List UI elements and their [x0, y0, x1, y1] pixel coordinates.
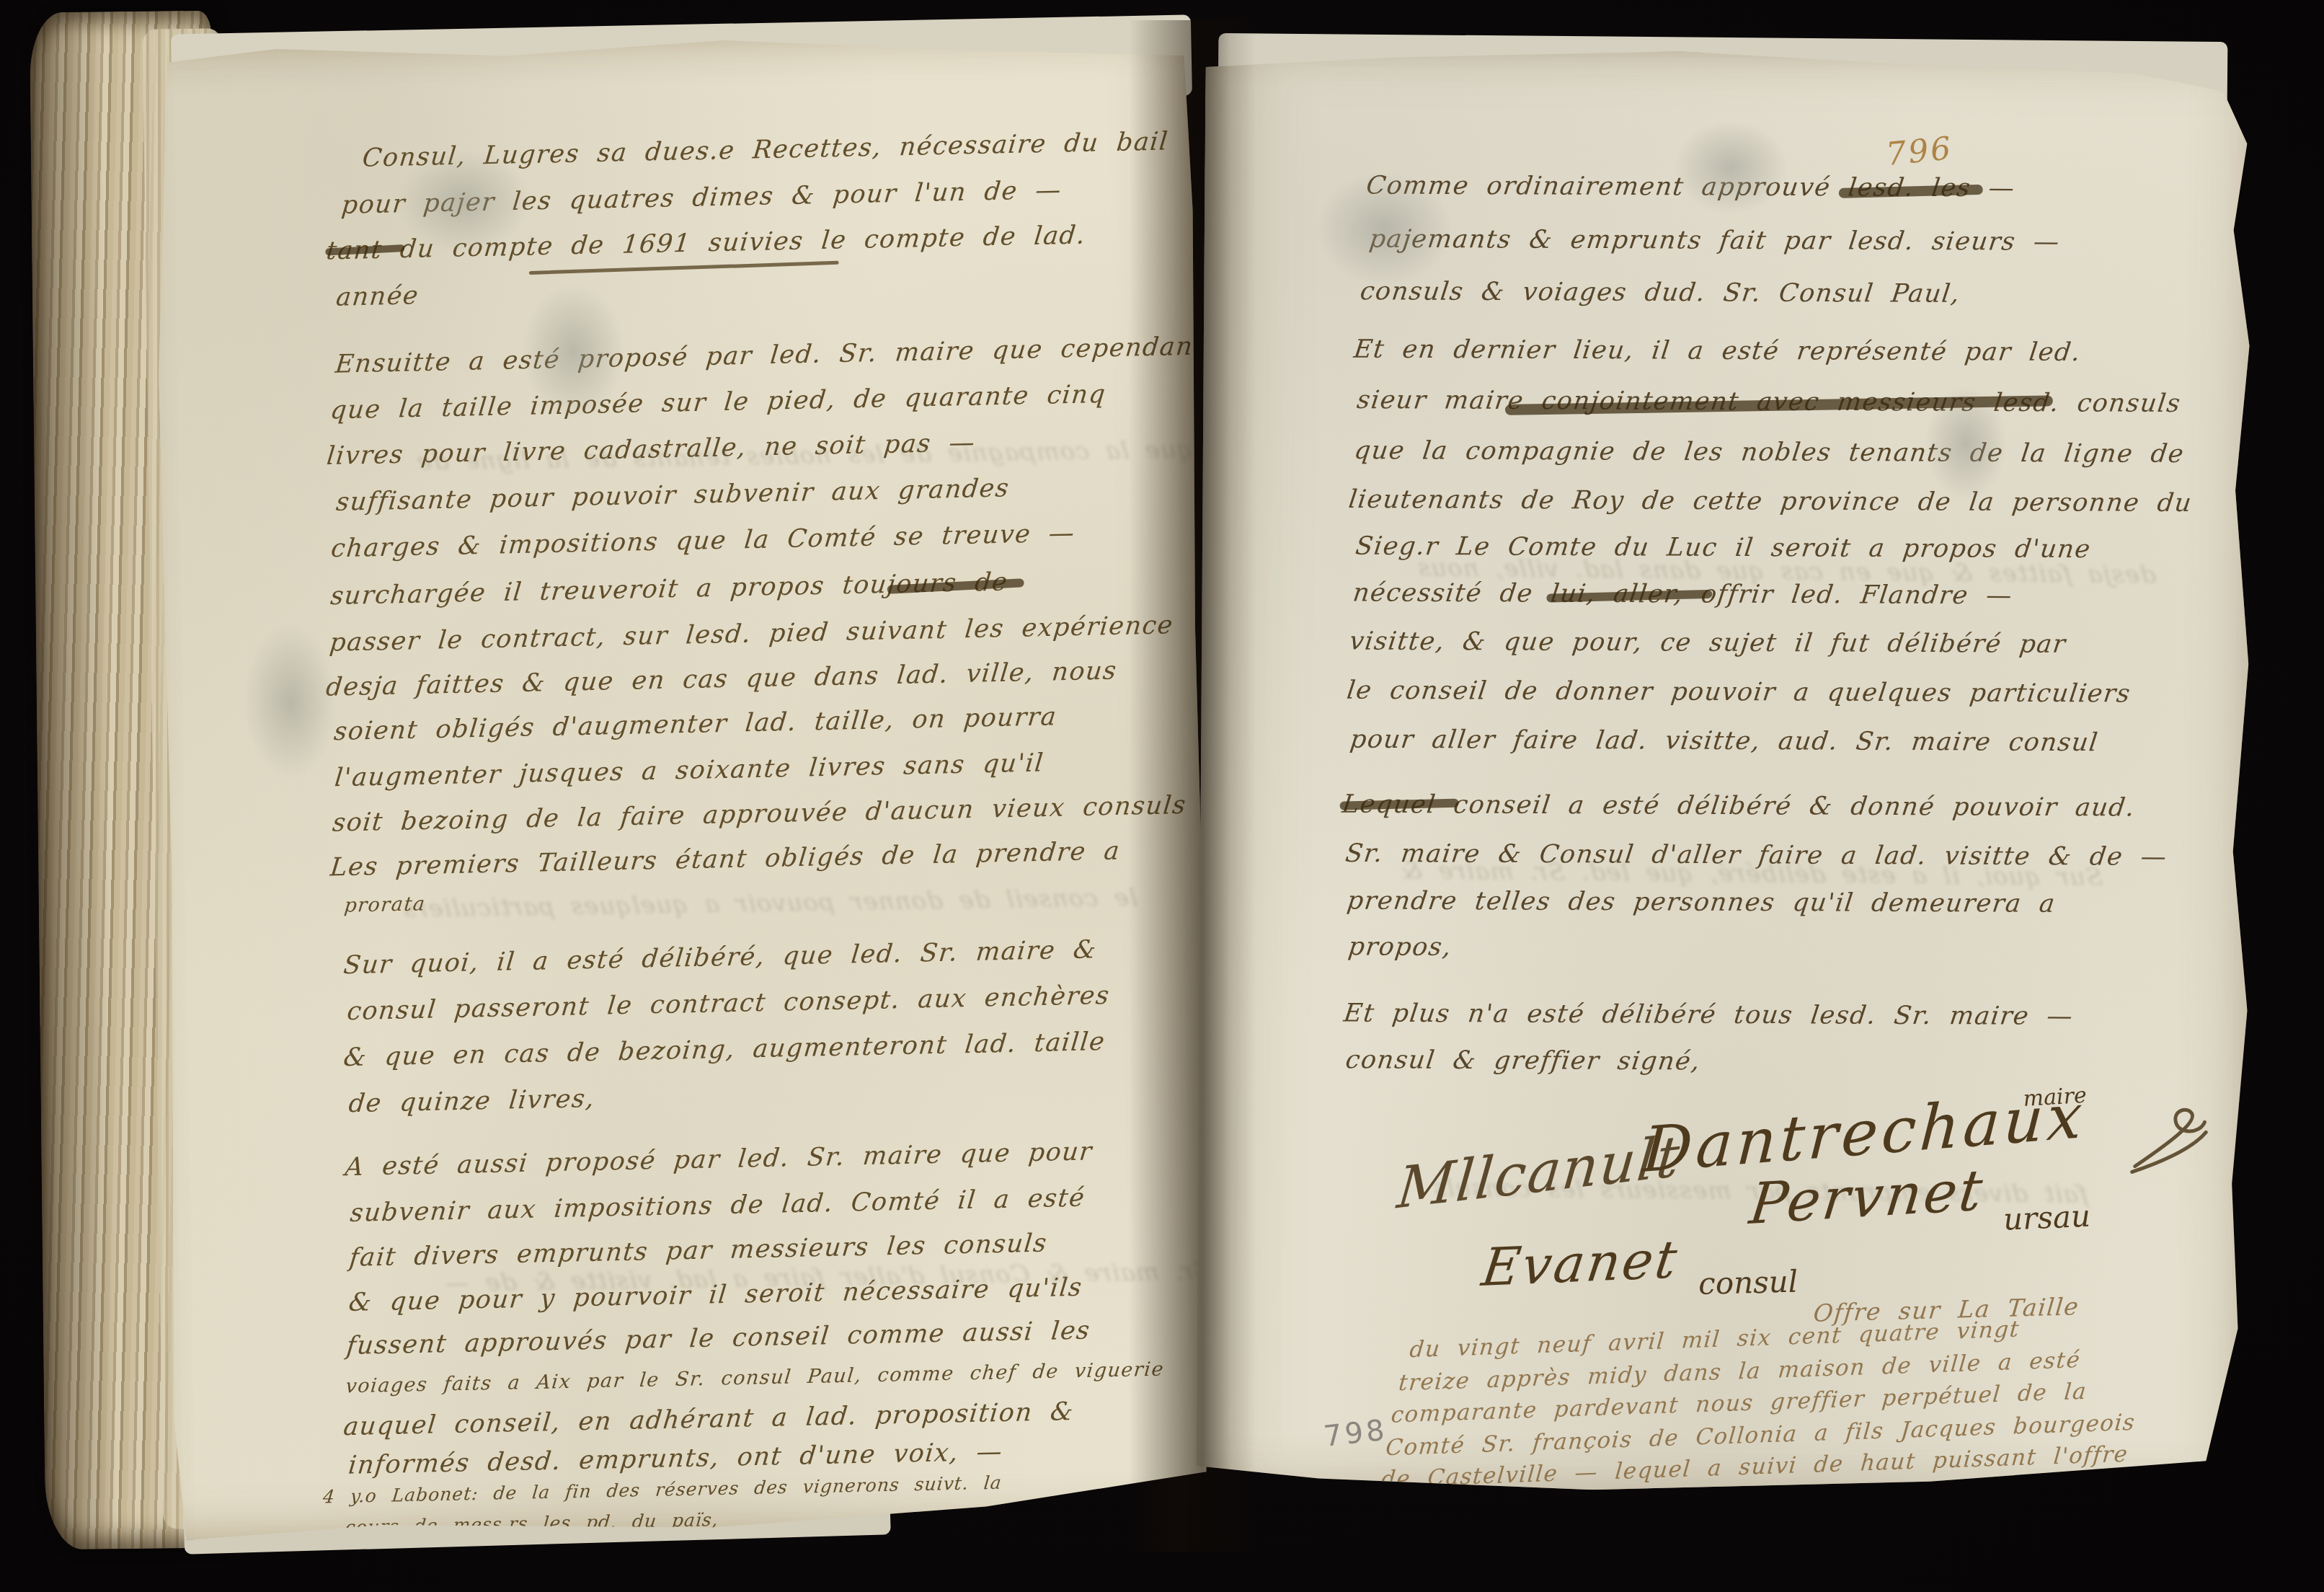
paper-stain [1651, 102, 1811, 233]
manuscript-line: que la compagnie de les nobles tenants d… [1352, 436, 2186, 469]
manuscript-line: Sieg.r Le Comte du Luc il seroit a propo… [1354, 532, 2093, 564]
signature-paraph-icon [2125, 1100, 2212, 1180]
manuscript-line: consul & greffier signé, [1344, 1045, 1702, 1076]
manuscript-line: Consul, Lugres sa dues.e Recettes, néces… [361, 127, 1170, 172]
signature-peronet-title: ursau [2003, 1198, 2091, 1237]
manuscript-line: suffisante pour pouvoir subvenir aux gra… [334, 474, 1011, 517]
manuscript-line: prendre telles des personnes qu'il demeu… [1345, 887, 2057, 919]
manuscript-line: desja faittes & que en cas que dans lad.… [324, 657, 1118, 702]
manuscript-line: prorata [343, 893, 427, 916]
manuscript-line: fussent approuvés par le conseil comme a… [345, 1316, 1092, 1361]
left-page: que la compagnie de les nobles tenants d… [151, 32, 1215, 1540]
signature-evanet-title: consul [1698, 1264, 1799, 1301]
ink-underline [529, 261, 839, 275]
manuscript-line: l'augmenter jusques a soixante livres sa… [333, 749, 1045, 793]
folio-number: 796 [1884, 130, 1954, 173]
manuscript-line: de quinze livres, [347, 1084, 597, 1118]
manuscript-line: A esté aussi proposé par led. Sr. maire … [344, 1137, 1094, 1182]
manuscript-line: Les premiers Tailleurs étant obligés de … [329, 837, 1122, 883]
manuscript-line: pour pajer les quatres dimes & pour l'un… [340, 176, 1063, 220]
pencil-folio-number: 798 [1322, 1413, 1389, 1454]
manuscript-line: pour aller faire lad. visitte, aud. Sr. … [1349, 725, 2101, 757]
manuscript-line: lieutenants de Roy de cette province de … [1347, 485, 2194, 518]
manuscript-line: soit bezoing de la faire approuvée d'auc… [331, 791, 1187, 838]
signature-flourish: Mllcanult [1394, 1124, 1683, 1222]
signature-evanet: Evanet [1478, 1229, 1682, 1298]
manuscript-line: propos, [1347, 932, 1453, 962]
manuscript-line: tant du compte de 1691 suivies le compte… [325, 221, 1087, 265]
manuscript-line: Ensuitte a esté proposé par led. Sr. mai… [334, 332, 1206, 379]
manuscript-line: le conseil de donner pouvoir a quelques … [1345, 676, 2132, 709]
manuscript-line: voiages faits a Aix par le Sr. consul Pa… [345, 1358, 1165, 1398]
manuscript-line: & que en cas de bezoing, augmenteront la… [342, 1027, 1106, 1072]
manuscript-line: pajemants & emprunts fait par lesd. sieu… [1367, 225, 2062, 257]
manuscript-line: charges & impositions que la Comté se tr… [329, 519, 1076, 564]
manuscript-line: consul passeront le contract consept. au… [345, 981, 1111, 1026]
manuscript-line: Lequel conseil a esté délibéré & donné p… [1341, 790, 2137, 823]
manuscript-line: Et plus n'a esté délibéré tous lesd. Sr.… [1342, 999, 2075, 1031]
manuscript-line: soient obligés d'augmenter lad. taille, … [332, 702, 1058, 746]
manuscript-photo: que la compagnie de les nobles tenants d… [0, 0, 2324, 1592]
manuscript-line: que la taille imposée sur le pied, de qu… [329, 380, 1107, 425]
manuscript-line: auquel conseil, en adhérant a lad. propo… [342, 1397, 1075, 1441]
manuscript-line: Sr. maire & Consul d'aller faire a lad. … [1344, 839, 2169, 872]
ink-bleedthrough-text: le conseil de donner pouvoir a quelques … [400, 883, 1139, 924]
manuscript-line: Et en dernier lieu, il a esté représenté… [1352, 335, 2083, 367]
right-page: desja faittes & que en cas que dans lad.… [1192, 47, 2259, 1502]
manuscript-line: année [334, 281, 420, 311]
manuscript-line: subvenir aux impositions de lad. Comté i… [349, 1184, 1087, 1228]
manuscript-line: passer le contract, sur lesd. pied suiva… [328, 611, 1175, 658]
manuscript-line: consuls & voiages dud. Sr. Consul Paul, [1359, 277, 1962, 309]
manuscript-line: visitte, & que pour, ce sujet il fut dél… [1348, 627, 2068, 659]
signature-peronet: Pervnet [1746, 1158, 1987, 1237]
manuscript-line: Sur quoi, il a esté délibéré, que led. S… [342, 935, 1098, 980]
